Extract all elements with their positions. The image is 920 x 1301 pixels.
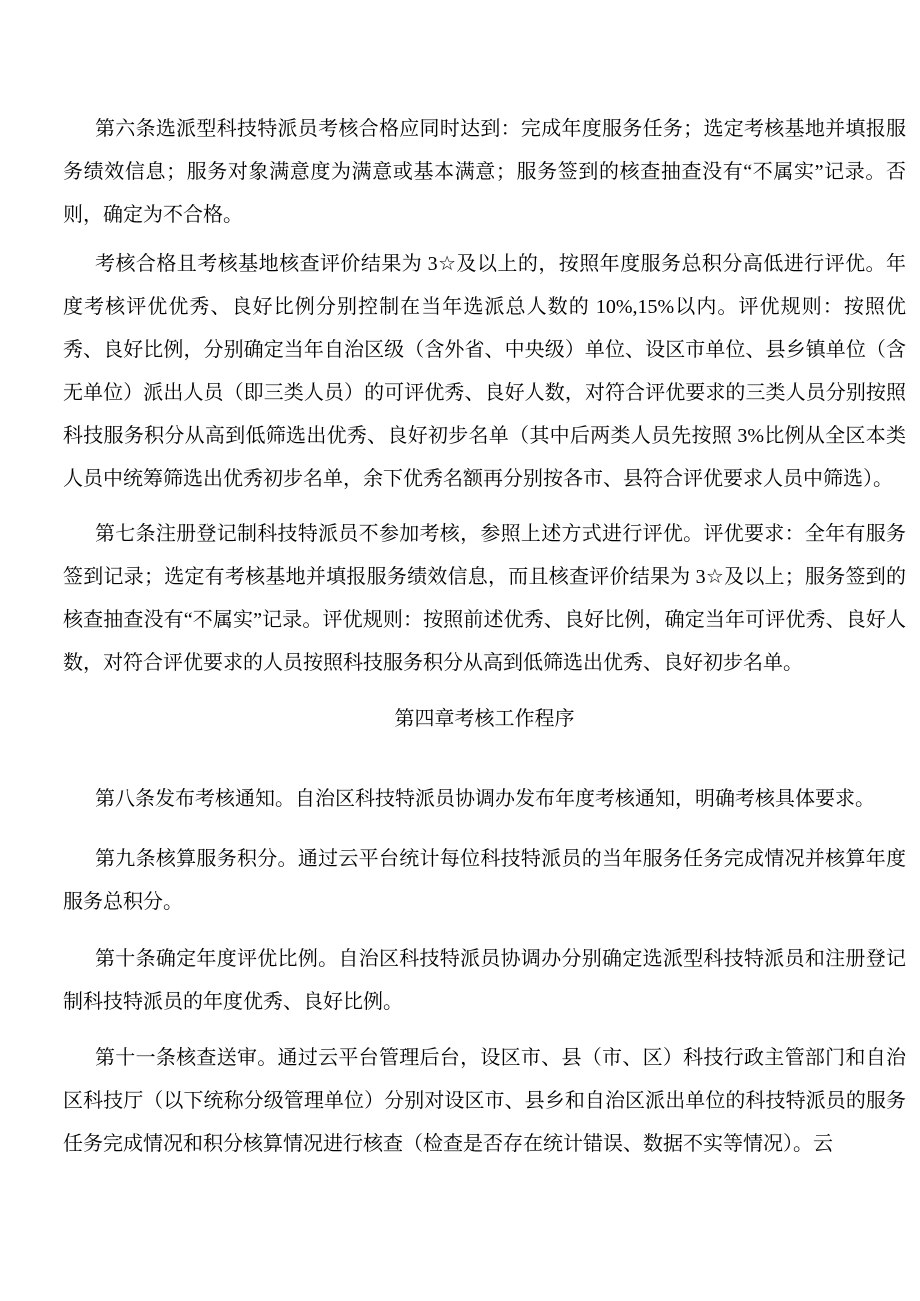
paragraph-article-9: 第九条核算服务积分。通过云平台统计每位科技特派员的当年服务任务完成情况并核算年度… [63,838,906,924]
chapter-heading: 第四章考核工作程序 [63,698,906,741]
paragraph-article-7: 第七条注册登记制科技特派员不参加考核，参照上述方式进行评优。评优要求：全年有服务… [63,513,906,685]
paragraph-article-10: 第十条确定年度评优比例。自治区科技特派员协调办分别确定选派型科技特派员和注册登记… [63,938,906,1024]
document-page: 第六条选派型科技特派员考核合格应同时达到：完成年度服务任务；选定考核基地并填报服… [0,0,920,1301]
paragraph-article-8: 第八条发布考核通知。自治区科技特派员协调办发布年度考核通知，明确考核具体要求。 [63,778,906,821]
paragraph-article-11: 第十一条核查送审。通过云平台管理后台，设区市、县（市、区）科技行政主管部门和自治… [63,1037,906,1166]
paragraph-article-6: 第六条选派型科技特派员考核合格应同时达到：完成年度服务任务；选定考核基地并填报服… [63,108,906,237]
paragraph-evaluation-ratio-rules: 考核合格且考核基地核查评价结果为 3☆及以上的，按照年度服务总积分高低进行评优。… [63,243,906,501]
